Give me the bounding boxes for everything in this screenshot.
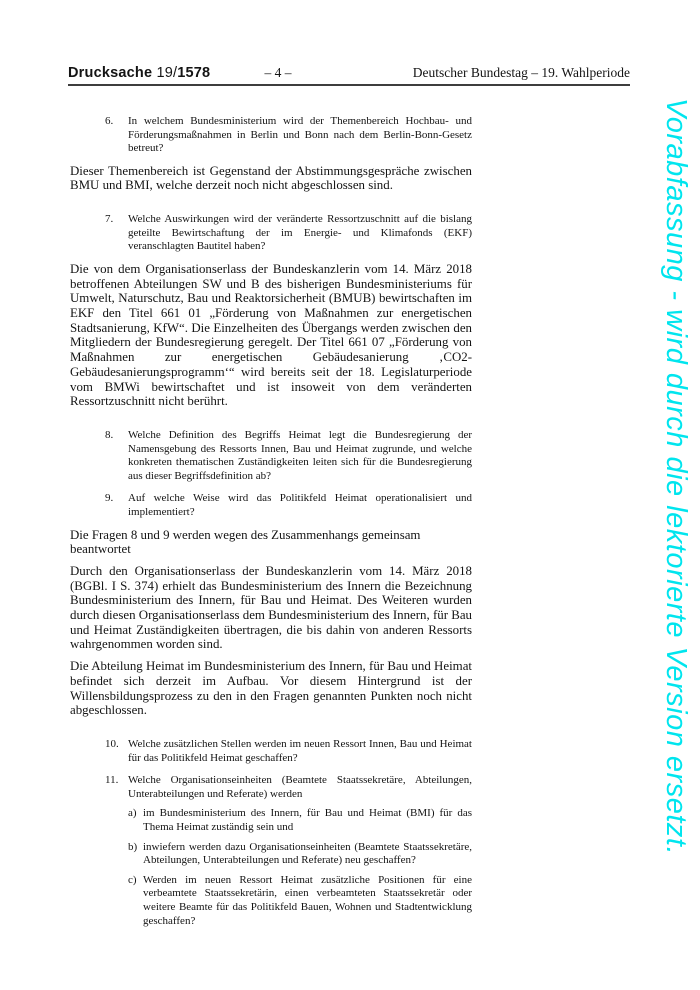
question-11-item-c-text: Werden im neuen Ressort Heimat zusätzlic… (143, 874, 472, 928)
question-7-text: Welche Auswirkungen wird der veränderte … (128, 213, 472, 254)
doc-number-value: 1578 (177, 65, 210, 81)
answer-8-9-paragraph-1: Durch den Organisationserlass der Bundes… (70, 564, 472, 652)
question-11-item-a: a) im Bundesministerium des Innern, für … (128, 807, 472, 834)
answer-6-paragraph: Dieser Themenbereich ist Gegenstand der … (70, 164, 472, 193)
question-8-number: 8. (105, 429, 128, 483)
answer-7-paragraph: Die von dem Organisationserlass der Bund… (70, 262, 472, 409)
page-header: Drucksache 19/1578 – 4 – Deutscher Bunde… (68, 62, 630, 86)
question-10: 10. Welche zusätzlichen Stellen werden i… (105, 738, 472, 765)
page-number: – 4 – (218, 65, 338, 81)
document-page: Drucksache 19/1578 – 4 – Deutscher Bunde… (0, 0, 700, 990)
question-9: 9. Auf welche Weise wird das Politikfeld… (105, 492, 472, 519)
doc-number: Drucksache 19/1578 (68, 65, 210, 81)
question-8: 8. Welche Definition des Begriffs Heimat… (105, 429, 472, 483)
question-11-item-a-text: im Bundesministerium des Innern, für Bau… (143, 807, 472, 834)
vorabfassung-watermark: Vorabfassung - wird durch die lektoriert… (659, 98, 692, 855)
question-11-item-b-text: inwiefern werden dazu Organisationseinhe… (143, 841, 472, 868)
question-9-text: Auf welche Weise wird das Politikfeld He… (128, 492, 472, 519)
question-6-number: 6. (105, 115, 128, 156)
question-11-item-b-label: b) (128, 841, 143, 868)
question-11: 11. Welche Organisationseinheiten (Beamt… (105, 774, 472, 801)
question-11-item-a-label: a) (128, 807, 143, 834)
question-6-text: In welchem Bundesministerium wird der Th… (128, 115, 472, 156)
answer-8-9-paragraph-2: Die Abteilung Heimat im Bundesministeriu… (70, 659, 472, 718)
question-6: 6. In welchem Bundesministerium wird der… (105, 115, 472, 156)
parliament-label: Deutscher Bundestag – 19. Wahlperiode (413, 65, 630, 81)
document-body: 6. In welchem Bundesministerium wird der… (70, 86, 472, 928)
question-8-text: Welche Definition des Begriffs Heimat le… (128, 429, 472, 483)
question-9-number: 9. (105, 492, 128, 519)
question-10-text: Welche zusätzlichen Stellen werden im ne… (128, 738, 472, 765)
question-11-item-b: b) inwiefern werden dazu Organisationsei… (128, 841, 472, 868)
question-7-number: 7. (105, 213, 128, 254)
question-11-text: Welche Organisationseinheiten (Beamtete … (128, 774, 472, 801)
question-11-item-c: c) Werden im neuen Ressort Heimat zusätz… (128, 874, 472, 928)
question-11-number: 11. (105, 774, 128, 801)
question-10-number: 10. (105, 738, 128, 765)
answer-8-9-intro: Die Fragen 8 und 9 werden wegen des Zusa… (70, 528, 472, 557)
question-7: 7. Welche Auswirkungen wird der veränder… (105, 213, 472, 254)
question-11-item-c-label: c) (128, 874, 143, 928)
doc-type-label: Drucksache (68, 65, 152, 81)
doc-number-prefix: 19/ (156, 65, 177, 81)
